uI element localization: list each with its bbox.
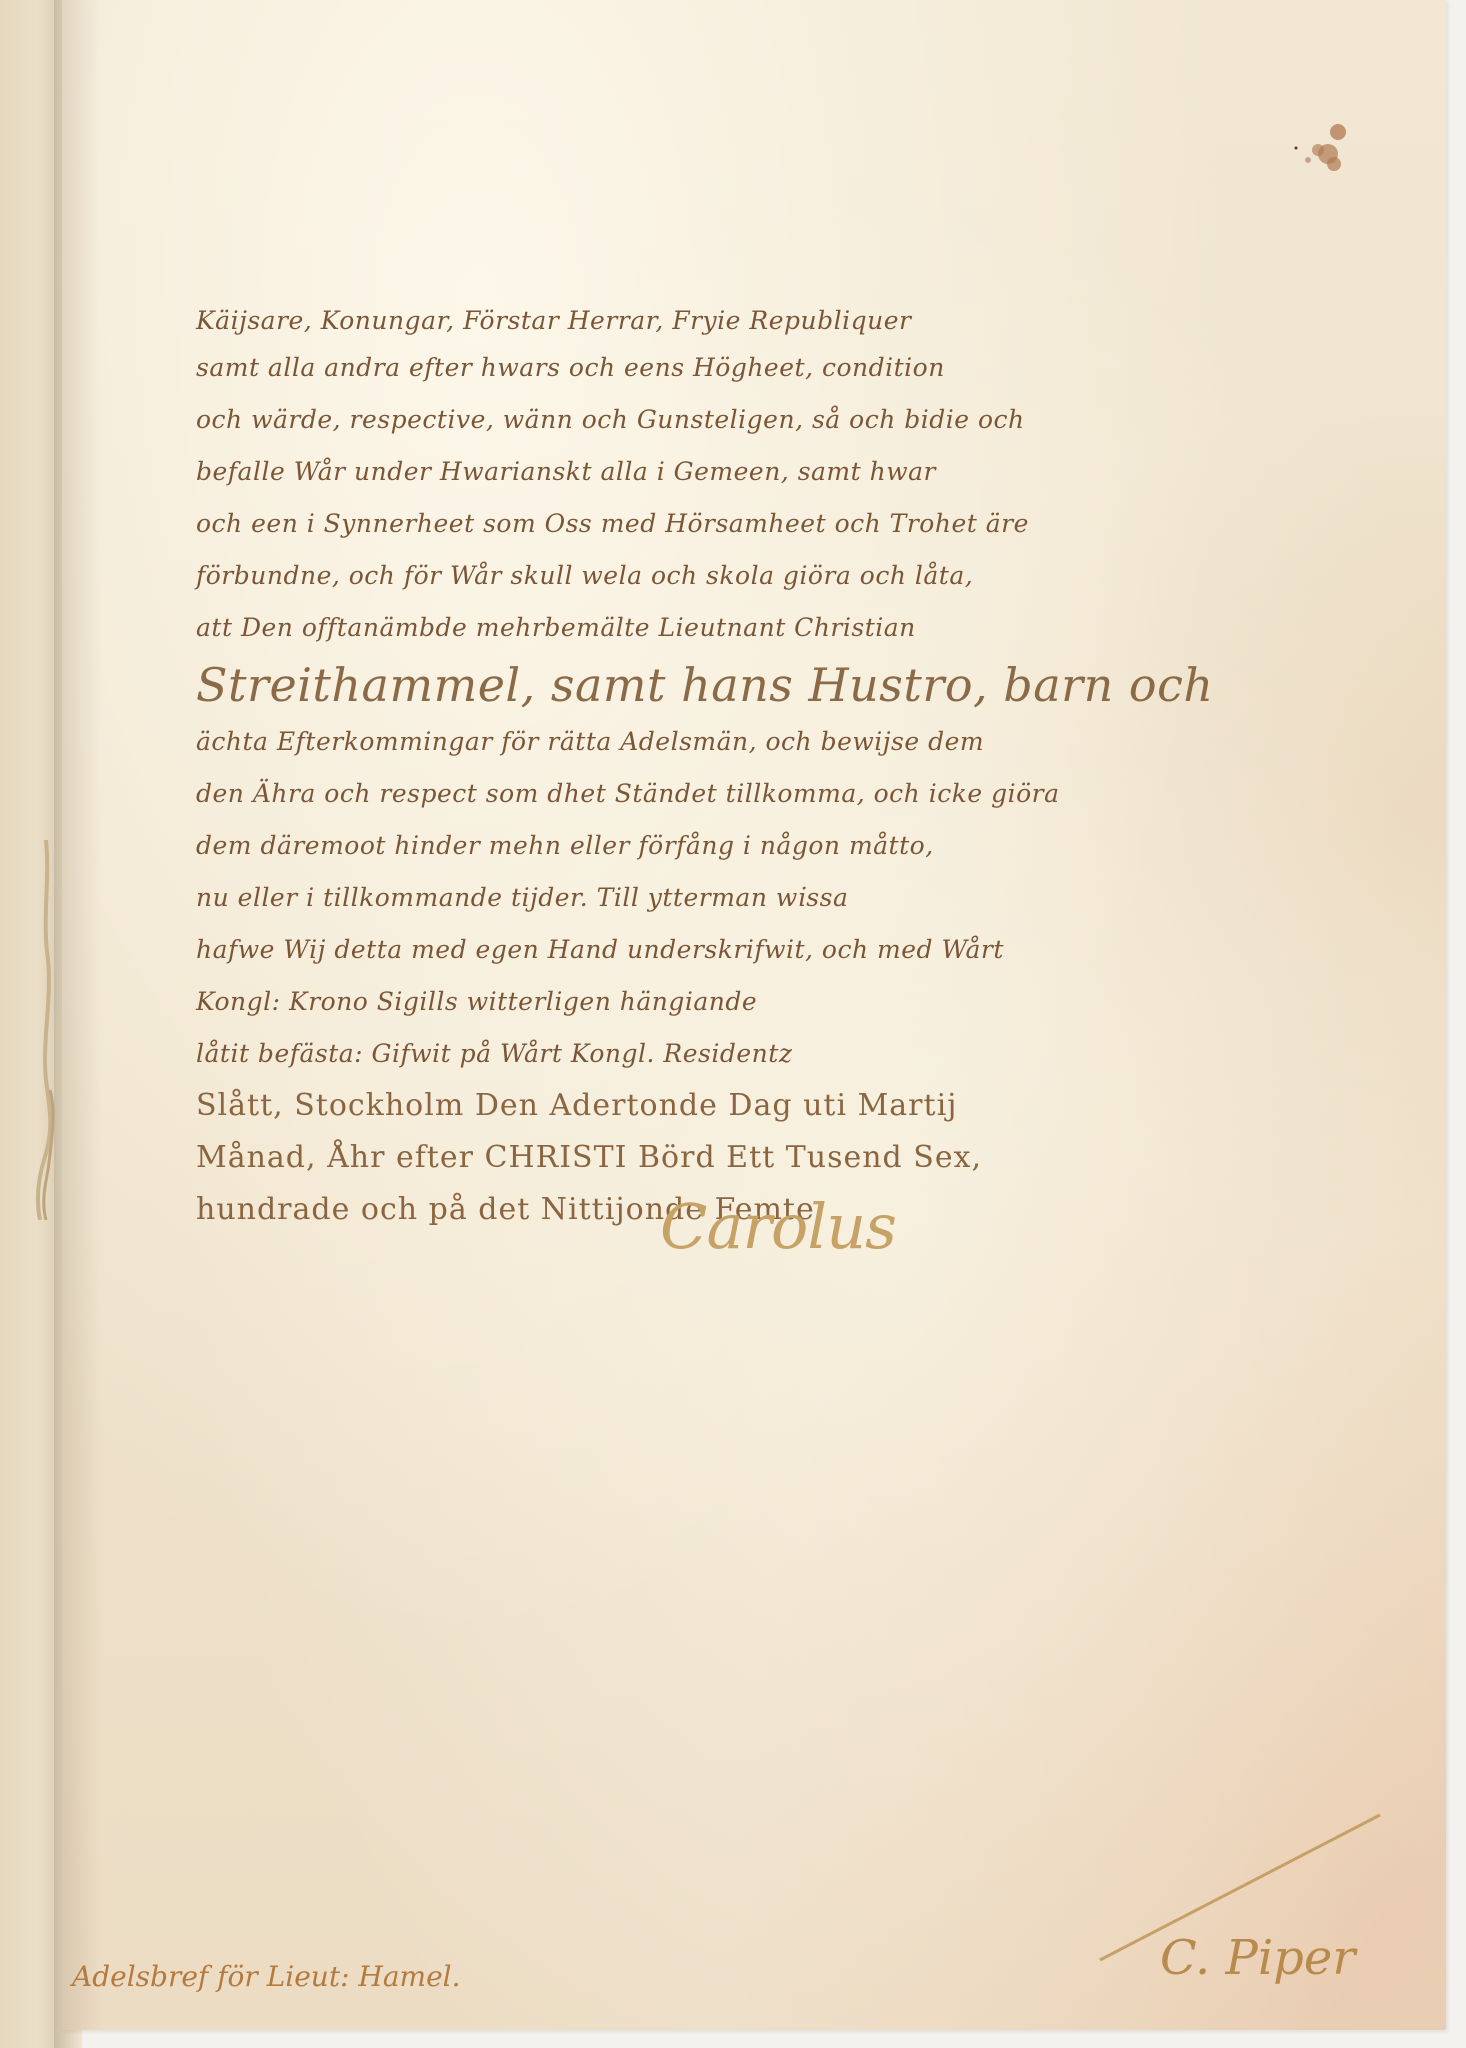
royal-signature: Carolus bbox=[660, 1190, 896, 1263]
body-line-4: befalle Wår under Hwarianskt alla i Geme… bbox=[196, 446, 1206, 498]
body-line-13: hafwe Wij detta med egen Hand underskrif… bbox=[196, 924, 1206, 976]
margin-note: Adelsbref för Lieut: Hamel. bbox=[72, 1960, 461, 1993]
countersignature: C. Piper bbox=[1160, 1930, 1355, 1986]
letter-body: Käijsare, Konungar, Förstar Herrar, Fryi… bbox=[196, 290, 1206, 1236]
body-line-7-grantee: att Den offtanämbde mehrbemälte Lieutnan… bbox=[196, 602, 1206, 654]
body-line-12: nu eller i tillkommande tijder. Till ytt… bbox=[196, 872, 1206, 924]
body-line-9: ächta Efterkommingar för rätta Adelsmän,… bbox=[196, 716, 1206, 768]
body-line-6: förbundne, och för Wår skull wela och sk… bbox=[196, 550, 1206, 602]
body-line-5: och een i Synnerheet som Oss med Hörsamh… bbox=[196, 498, 1206, 550]
body-line-3: och wärde, respective, wänn och Gunsteli… bbox=[196, 394, 1206, 446]
body-line-1: Käijsare, Konungar, Förstar Herrar, Fryi… bbox=[196, 290, 1206, 342]
ink-stain-icon bbox=[1290, 120, 1360, 190]
body-line-17-dating: Månad, Åhr efter CHRISTI Börd Ett Tusend… bbox=[196, 1132, 1206, 1184]
body-line-15: låtit befästa: Gifwit på Wårt Kongl. Res… bbox=[196, 1028, 1206, 1080]
body-line-16-dating: Slått, Stockholm Den Adertonde Dag uti M… bbox=[196, 1080, 1206, 1132]
body-line-2: samt alla andra efter hwars och eens Hög… bbox=[196, 342, 1206, 394]
body-line-8-surname: Streithammel, samt hans Hustro, barn och bbox=[196, 654, 1206, 716]
binding-thread-icon bbox=[34, 840, 64, 1220]
body-line-10: den Ähra och respect som dhet Ständet ti… bbox=[196, 768, 1206, 820]
body-line-14: Kongl: Krono Sigills witterligen hängian… bbox=[196, 976, 1206, 1028]
page-fold-shadow bbox=[62, 0, 102, 2030]
body-line-11: dem däremoot hinder mehn eller förfång i… bbox=[196, 820, 1206, 872]
